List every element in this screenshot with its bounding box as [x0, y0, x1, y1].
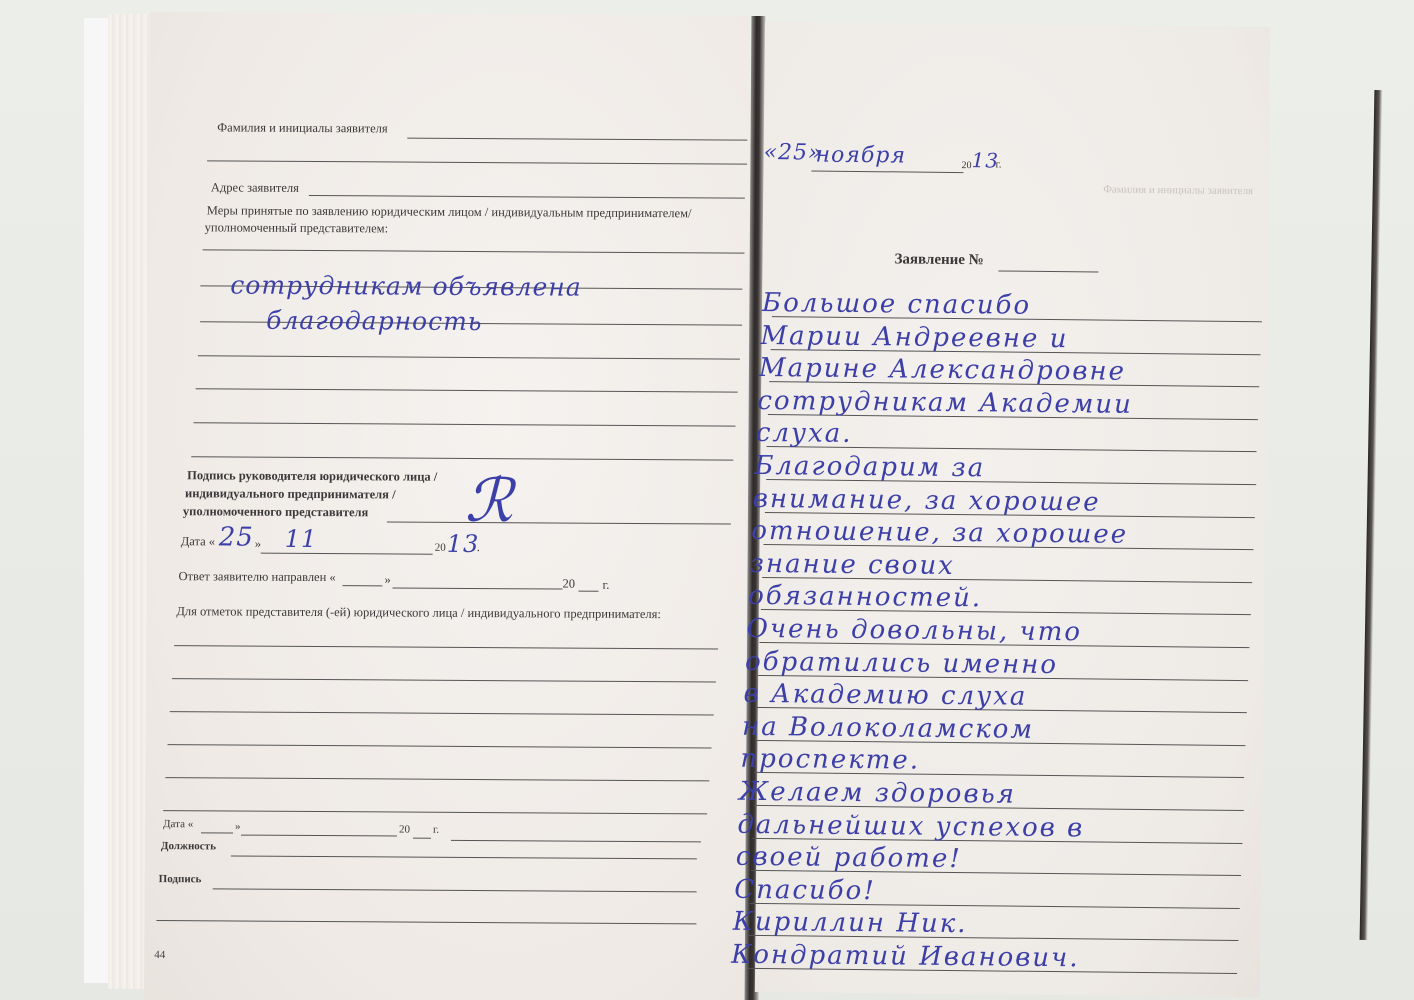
applicant-address-label: Адрес заявителя — [211, 180, 299, 196]
position-field[interactable] — [231, 856, 697, 860]
handwritten-line: Марине Александровне — [759, 353, 1126, 387]
date-year-prefix: 20 — [435, 542, 446, 554]
notes-line[interactable] — [172, 678, 716, 682]
response-suffix: г. — [602, 578, 609, 593]
applicant-name-label: Фамилия и инициалы заявителя — [217, 120, 387, 136]
date2-month-field[interactable] — [241, 835, 397, 837]
signature-label-2: индивидуального предпринимателя / — [185, 486, 396, 502]
position-label: Должность — [161, 840, 216, 852]
handwritten-line: Большое спасибо — [762, 288, 1031, 321]
statement-date-field[interactable] — [811, 170, 963, 173]
measures-label-2: уполномоченный представителем: — [205, 220, 388, 236]
date2-year: 20 — [399, 824, 410, 836]
statement-year-suffix: г. — [995, 158, 1001, 170]
applicant-name-field-line2[interactable] — [207, 160, 747, 164]
handwritten-line: обратились именно — [745, 646, 1058, 679]
measures-handwritten-1: сотрудникам объявлена — [230, 270, 582, 301]
response-year-field[interactable] — [578, 591, 598, 592]
statement-title: Заявление № — [894, 251, 983, 269]
date-label: Дата « — [181, 534, 215, 549]
date-year-handwritten: 13 — [447, 530, 480, 558]
handwritten-line: внимание, за хорошее — [753, 483, 1101, 517]
date2-suffix: г. — [433, 824, 439, 836]
page-number: 44 — [154, 949, 165, 961]
date2-close: » — [235, 821, 241, 833]
date-close: » — [255, 537, 261, 552]
signature2-line[interactable] — [156, 920, 696, 924]
statement-number-field[interactable] — [998, 270, 1098, 272]
date2-label: Дата « — [163, 818, 193, 830]
measures-line[interactable] — [196, 388, 738, 392]
date-suffix: . — [477, 540, 480, 555]
date2-year-field[interactable] — [413, 838, 431, 839]
date2-day-field[interactable] — [201, 832, 233, 833]
measures-line[interactable] — [203, 249, 745, 253]
date2-extra-field[interactable] — [451, 840, 701, 843]
handwritten-line: Спасибо! — [734, 875, 876, 906]
signature-field[interactable] — [387, 521, 731, 524]
book-cover-edge — [84, 18, 110, 983]
statement-date-month: ноября — [815, 143, 906, 169]
measures-line[interactable] — [191, 456, 733, 460]
response-day-field[interactable] — [342, 585, 382, 586]
handwritten-line: Марии Андреевне и — [760, 321, 1068, 354]
signature-label-3: уполномоченного представителя — [183, 504, 368, 520]
handwritten-line: Благодарим за — [754, 451, 985, 483]
statement-date-day: «25» — [764, 140, 823, 166]
notes-line[interactable] — [174, 645, 718, 649]
left-page: Фамилия и инициалы заявителя Адрес заяви… — [144, 12, 750, 1000]
notes-label: Для отметок представителя (-ей) юридичес… — [176, 604, 661, 622]
measures-line[interactable] — [198, 355, 740, 359]
handwritten-line: обязанностей. — [748, 581, 982, 613]
measures-handwritten-2: благодарность — [266, 306, 483, 336]
response-year: 20 — [562, 577, 575, 592]
handwritten-line: дальнейших успехов в — [737, 809, 1084, 843]
handwritten-line: отношение, за хорошее — [751, 516, 1128, 550]
notes-line[interactable] — [163, 810, 707, 814]
response-close: » — [384, 572, 390, 587]
statement-year-prefix: 20 — [961, 160, 971, 171]
handwritten-line: слуха. — [756, 418, 853, 449]
signature-handwritten: ℛ — [465, 466, 514, 536]
date-month-field[interactable] — [261, 553, 433, 555]
handwritten-line: своей работе! — [736, 842, 962, 874]
response-month-field[interactable] — [392, 587, 562, 589]
measures-line[interactable] — [193, 422, 735, 426]
handwritten-line: Кириллин Ник. — [733, 907, 968, 939]
date-day-handwritten: 25 — [219, 522, 254, 552]
show-through-text: Фамилия и инициалы заявителя — [1103, 184, 1253, 198]
handwritten-line: Желаем здоровья — [739, 777, 1016, 810]
applicant-address-field[interactable] — [309, 195, 745, 199]
handwritten-line: проспекте. — [740, 744, 920, 776]
signature-label-1: Подпись руководителя юридического лица / — [187, 468, 437, 485]
notes-line[interactable] — [165, 777, 709, 781]
handwritten-line: Кондратий Иванович. — [731, 940, 1080, 974]
handwritten-line: сотрудникам Академии — [757, 386, 1133, 420]
measures-label-1: Меры принятые по заявлению юридическим л… — [207, 203, 692, 221]
signature2-field[interactable] — [213, 888, 697, 892]
handwritten-line: на Волоколамском — [742, 712, 1034, 745]
right-page: «25» ноября 20 13 г. Фамилия и инициалы … — [755, 22, 1270, 997]
handwritten-line: в Академию слуха — [743, 679, 1027, 712]
date-month-handwritten: 11 — [285, 525, 318, 553]
notes-line[interactable] — [168, 744, 712, 748]
handwritten-line: Очень довольны, что — [746, 614, 1082, 648]
notes-line[interactable] — [170, 711, 714, 715]
signature2-label: Подпись — [159, 873, 202, 885]
handwritten-line: знание своих — [750, 549, 955, 581]
applicant-name-field[interactable] — [407, 138, 747, 141]
response-label: Ответ заявителю направлен « — [179, 569, 336, 585]
